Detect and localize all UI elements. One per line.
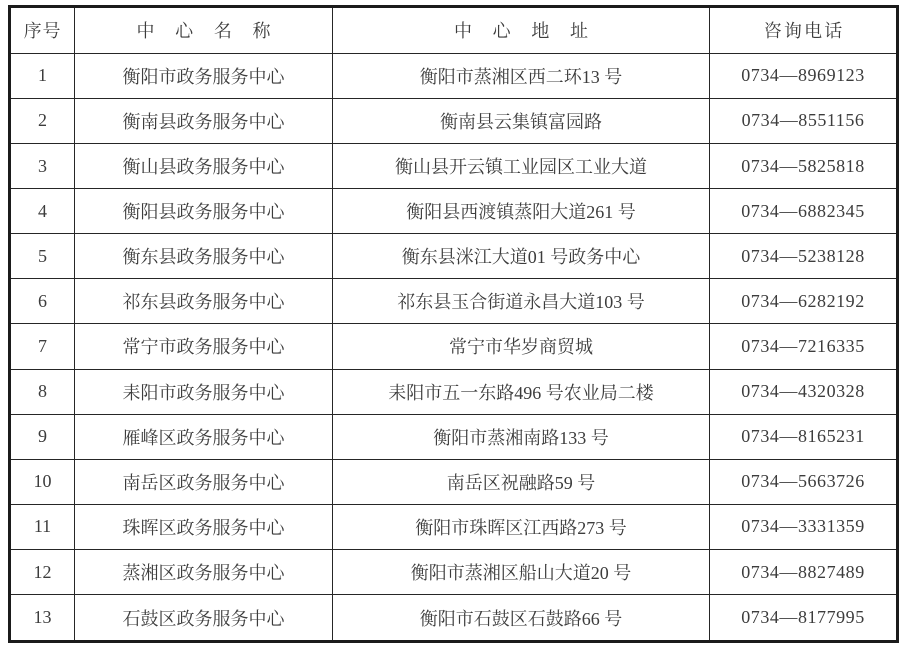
cell-center-address: 衡阳市石鼓区石鼓路66 号 [333, 595, 710, 642]
cell-serial-number: 1 [10, 53, 75, 98]
cell-phone: 0734—6282192 [710, 279, 898, 324]
cell-serial-number: 3 [10, 144, 75, 189]
cell-center-name: 珠晖区政务服务中心 [75, 504, 333, 549]
cell-center-name: 衡东县政务服务中心 [75, 234, 333, 279]
cell-serial-number: 9 [10, 414, 75, 459]
table-row: 7 常宁市政务服务中心 常宁市华岁商贸城 0734—7216335 [10, 324, 898, 369]
header-phone: 咨询电话 [710, 7, 898, 54]
cell-phone: 0734—8165231 [710, 414, 898, 459]
cell-phone: 0734—8969123 [710, 53, 898, 98]
table-row: 9 雁峰区政务服务中心 衡阳市蒸湘南路133 号 0734—8165231 [10, 414, 898, 459]
cell-center-address: 祁东县玉合街道永昌大道103 号 [333, 279, 710, 324]
table-row: 2 衡南县政务服务中心 衡南县云集镇富园路 0734—8551156 [10, 98, 898, 143]
cell-center-name: 耒阳市政务服务中心 [75, 369, 333, 414]
cell-center-name: 石鼓区政务服务中心 [75, 595, 333, 642]
cell-phone: 0734—8177995 [710, 595, 898, 642]
table-row: 13 石鼓区政务服务中心 衡阳市石鼓区石鼓路66 号 0734—8177995 [10, 595, 898, 642]
table-row: 11 珠晖区政务服务中心 衡阳市珠晖区江西路273 号 0734—3331359 [10, 504, 898, 549]
table-row: 12 蒸湘区政务服务中心 衡阳市蒸湘区船山大道20 号 0734—8827489 [10, 549, 898, 594]
table-header-row: 序号 中 心 名 称 中 心 地 址 咨询电话 [10, 7, 898, 54]
cell-serial-number: 5 [10, 234, 75, 279]
cell-center-name: 衡阳县政务服务中心 [75, 189, 333, 234]
table-row: 5 衡东县政务服务中心 衡东县洣江大道01 号政务中心 0734—5238128 [10, 234, 898, 279]
table-row: 8 耒阳市政务服务中心 耒阳市五一东路496 号农业局二楼 0734—43203… [10, 369, 898, 414]
table-row: 10 南岳区政务服务中心 南岳区祝融路59 号 0734—5663726 [10, 459, 898, 504]
cell-phone: 0734—5825818 [710, 144, 898, 189]
cell-center-address: 衡阳市蒸湘南路133 号 [333, 414, 710, 459]
cell-phone: 0734—7216335 [710, 324, 898, 369]
cell-center-address: 衡阳市蒸湘区西二环13 号 [333, 53, 710, 98]
cell-phone: 0734—8827489 [710, 549, 898, 594]
cell-center-name: 祁东县政务服务中心 [75, 279, 333, 324]
table-row: 1 衡阳市政务服务中心 衡阳市蒸湘区西二环13 号 0734—8969123 [10, 53, 898, 98]
cell-center-name: 南岳区政务服务中心 [75, 459, 333, 504]
cell-serial-number: 13 [10, 595, 75, 642]
cell-center-address: 衡阳市珠晖区江西路273 号 [333, 504, 710, 549]
document-page: 序号 中 心 名 称 中 心 地 址 咨询电话 1 衡阳市政务服务中心 衡阳市蒸… [0, 0, 900, 650]
cell-phone: 0734—3331359 [710, 504, 898, 549]
cell-phone: 0734—6882345 [710, 189, 898, 234]
cell-phone: 0734—5238128 [710, 234, 898, 279]
cell-serial-number: 2 [10, 98, 75, 143]
cell-center-name: 雁峰区政务服务中心 [75, 414, 333, 459]
cell-center-name: 衡南县政务服务中心 [75, 98, 333, 143]
cell-serial-number: 8 [10, 369, 75, 414]
cell-serial-number: 10 [10, 459, 75, 504]
table-row: 3 衡山县政务服务中心 衡山县开云镇工业园区工业大道 0734—5825818 [10, 144, 898, 189]
header-center-name: 中 心 名 称 [75, 7, 333, 54]
cell-center-address: 耒阳市五一东路496 号农业局二楼 [333, 369, 710, 414]
cell-phone: 0734—4320328 [710, 369, 898, 414]
header-serial-number: 序号 [10, 7, 75, 54]
cell-phone: 0734—5663726 [710, 459, 898, 504]
cell-center-address: 衡南县云集镇富园路 [333, 98, 710, 143]
cell-center-address: 衡阳市蒸湘区船山大道20 号 [333, 549, 710, 594]
cell-center-address: 南岳区祝融路59 号 [333, 459, 710, 504]
cell-serial-number: 4 [10, 189, 75, 234]
cell-center-name: 衡阳市政务服务中心 [75, 53, 333, 98]
table-row: 4 衡阳县政务服务中心 衡阳县西渡镇蒸阳大道261 号 0734—6882345 [10, 189, 898, 234]
cell-serial-number: 11 [10, 504, 75, 549]
cell-center-address: 衡阳县西渡镇蒸阳大道261 号 [333, 189, 710, 234]
cell-center-name: 蒸湘区政务服务中心 [75, 549, 333, 594]
cell-serial-number: 6 [10, 279, 75, 324]
cell-center-address: 衡山县开云镇工业园区工业大道 [333, 144, 710, 189]
header-center-address: 中 心 地 址 [333, 7, 710, 54]
service-centers-table: 序号 中 心 名 称 中 心 地 址 咨询电话 1 衡阳市政务服务中心 衡阳市蒸… [8, 5, 899, 643]
cell-phone: 0734—8551156 [710, 98, 898, 143]
cell-serial-number: 7 [10, 324, 75, 369]
cell-center-name: 衡山县政务服务中心 [75, 144, 333, 189]
table-row: 6 祁东县政务服务中心 祁东县玉合街道永昌大道103 号 0734—628219… [10, 279, 898, 324]
cell-center-address: 衡东县洣江大道01 号政务中心 [333, 234, 710, 279]
cell-serial-number: 12 [10, 549, 75, 594]
cell-center-address: 常宁市华岁商贸城 [333, 324, 710, 369]
cell-center-name: 常宁市政务服务中心 [75, 324, 333, 369]
